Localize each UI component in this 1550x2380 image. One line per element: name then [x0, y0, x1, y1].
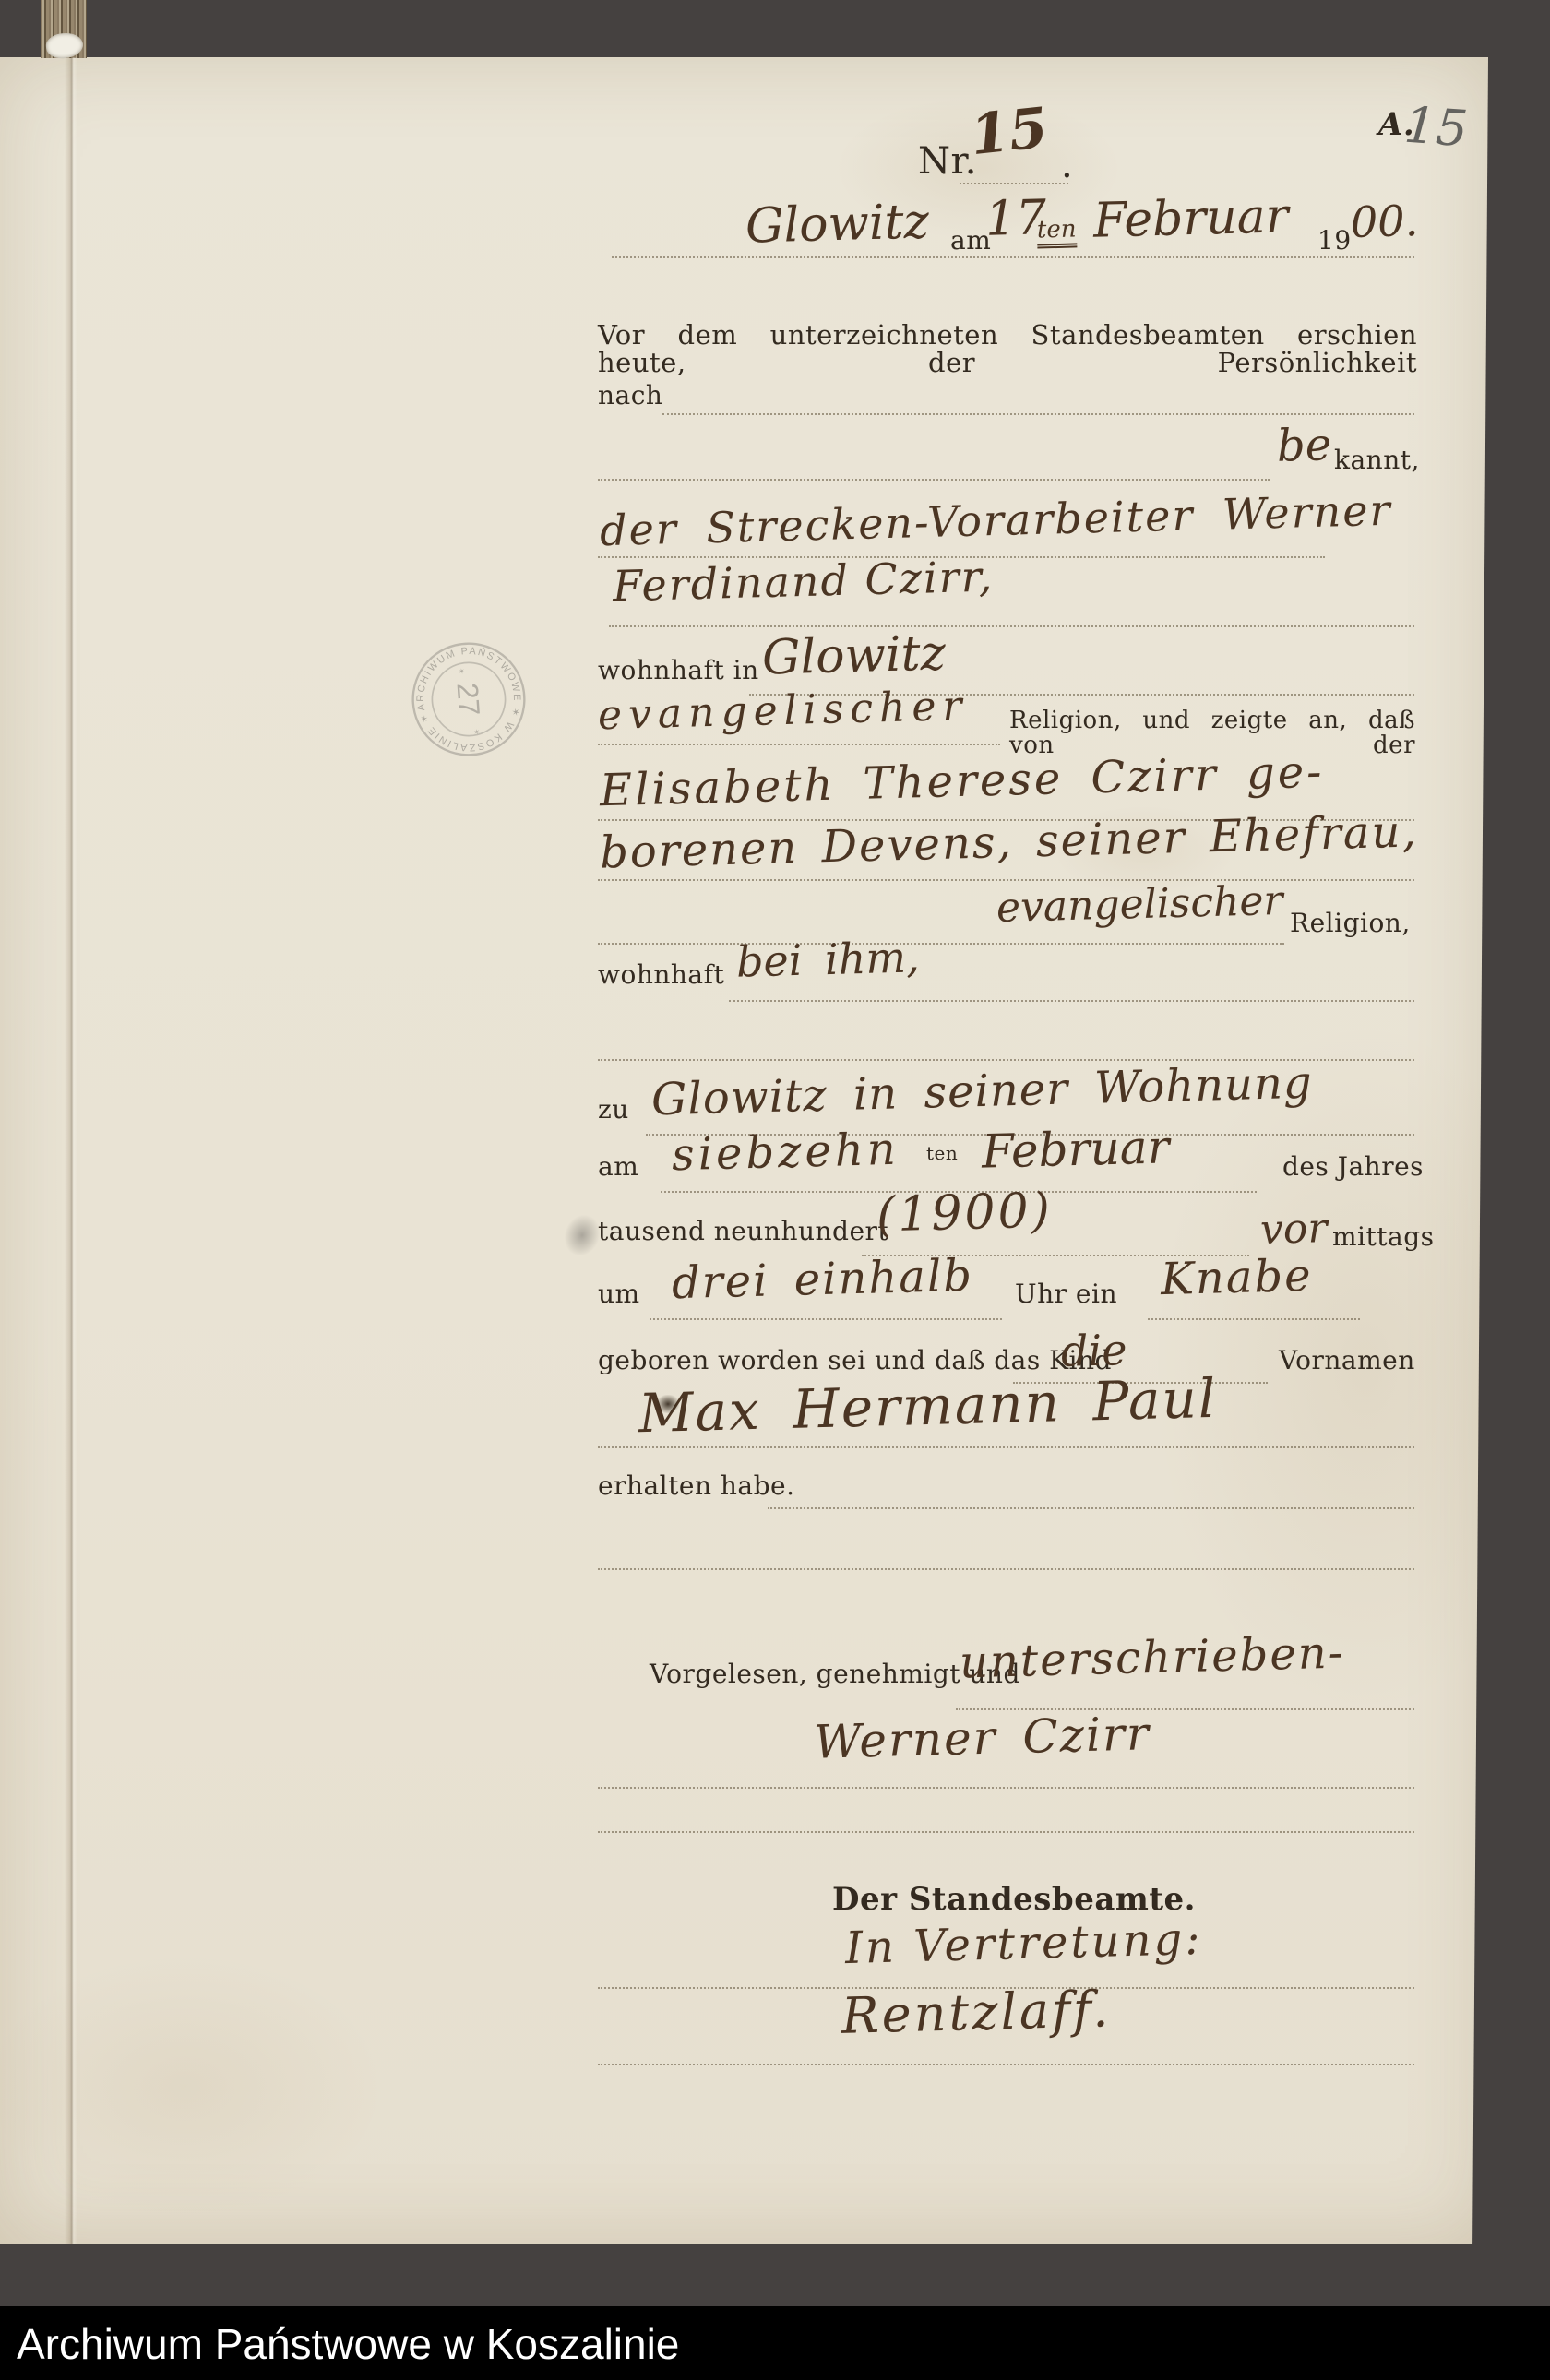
am2-label: am [598, 1153, 638, 1180]
given-names-hand: Max Hermann Paul [638, 1371, 1218, 1442]
uhr-ein-label: Uhr ein [1015, 1280, 1117, 1307]
date-year-printed: 19 [1317, 227, 1352, 254]
dotted-rule [609, 625, 1414, 627]
archive-footer-bar: Archiwum Państwowe w Koszalinie [0, 2306, 1550, 2380]
declarant-surname: Ferdinand Czirr, [612, 554, 994, 609]
registrar-title: Der Standesbeamte. [832, 1884, 1196, 1917]
dotted-rule [662, 413, 1414, 415]
zu-label: zu [598, 1096, 629, 1123]
wohnhaft-in-label: wohnhaft in [598, 657, 759, 684]
dotted-rule [598, 479, 1270, 481]
dotted-rule [598, 744, 1000, 745]
page-fold-seam [65, 57, 77, 2244]
geboren-label: geboren worden sei und daß das Kind [598, 1347, 1112, 1374]
religion2-hand: evangelischer [996, 880, 1283, 930]
dotted-rule [650, 1318, 1002, 1320]
nach-label: nach [598, 382, 662, 409]
record-number-label: Nr. [918, 142, 977, 181]
bekannt-hand-part: be [1276, 422, 1331, 470]
religion1-hand: evangelischer [597, 685, 969, 738]
archive-name-label: Archiwum Państwowe w Koszalinie [17, 2306, 679, 2380]
dotted-rule [598, 2064, 1414, 2065]
registration-place: Glowitz [745, 196, 929, 252]
die-hand: die [1060, 1327, 1127, 1374]
birth-day-hand: siebzehn [671, 1126, 900, 1179]
child-sex-hand: Knabe [1160, 1253, 1313, 1303]
intro-line: Vor dem unterzeichneten Standesbeamten e… [598, 321, 1417, 377]
dotted-rule [612, 256, 1414, 258]
dotted-rule [1148, 1318, 1360, 1320]
birth-day-suffix: ten [926, 1144, 958, 1163]
dotted-rule [598, 879, 1414, 881]
mittags-label: mittags [1332, 1223, 1435, 1250]
dotted-rule [598, 943, 1284, 945]
dotted-rule [598, 1568, 1414, 1570]
stamp-number: 27 [450, 682, 485, 717]
residence-value: Glowitz [761, 628, 946, 684]
dotted-rule [598, 1787, 1414, 1789]
wohnhaft-label: wohnhaft [598, 961, 724, 988]
dotted-rule [960, 183, 1068, 184]
date-year-written: 00. [1350, 198, 1418, 244]
corner-page-number: 15 [1402, 100, 1470, 156]
vor-hand: vor [1259, 1208, 1328, 1252]
dotted-rule [729, 1000, 1414, 1002]
dotted-rule [598, 1446, 1414, 1448]
dotted-rule [768, 1507, 1414, 1509]
birth-time-hand: drei einhalb [671, 1253, 973, 1307]
date-month: Februar [1092, 191, 1289, 246]
erhalten-label: erhalten habe. [598, 1472, 795, 1499]
ink-blot [657, 1395, 679, 1413]
stamp-star-bottom: ✶ [472, 727, 481, 737]
bekannt-print-part: kannt, [1334, 446, 1420, 473]
vertretung-hand: In Vertretung: [844, 1916, 1203, 1972]
vornamen-label: Vornamen [1279, 1347, 1415, 1374]
date-day-suffix: ten [1037, 217, 1077, 248]
religion2-print: Religion, [1290, 910, 1411, 936]
um-label: um [598, 1280, 640, 1307]
unterschrieben-hand: unterschrieben- [959, 1630, 1345, 1686]
dotted-rule [598, 1831, 1414, 1833]
document-scan: A. 15 Nr. 15 . Glowitz am 17 ten Februar… [0, 0, 1550, 2380]
declarant-signature: Werner Czirr [813, 1709, 1151, 1767]
birth-month-hand: Februar [981, 1123, 1170, 1176]
tausend-label: tausend neunhundert [598, 1218, 888, 1244]
stamp-star-top: ✶ [458, 666, 466, 676]
record-number-period: . [1061, 146, 1073, 184]
des-jahres-label: des Jahres [1282, 1153, 1424, 1180]
birth-year-hand: (1900) [876, 1186, 1053, 1242]
registrar-signature: Rentzlaff. [841, 1983, 1112, 2042]
record-number-value: 15 [968, 100, 1051, 165]
bei-ihm-hand: bei ihm, [735, 934, 920, 983]
